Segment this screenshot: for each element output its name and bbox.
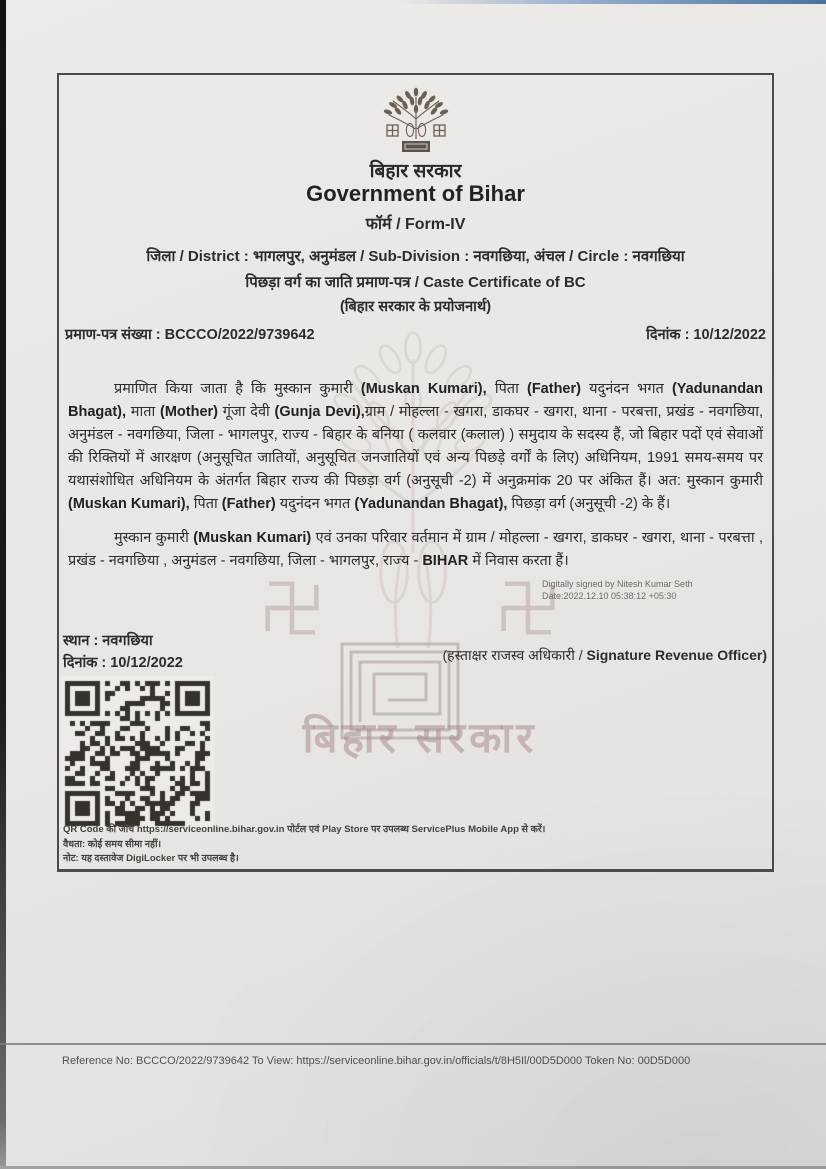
certificate-number: प्रमाण-पत्र संख्या : BCCCO/2022/9739642 (65, 324, 315, 344)
qr-code (60, 676, 215, 831)
qr-verification-notes: QR Code की जाँच https://serviceonline.bi… (63, 823, 545, 866)
place-line: स्थान : नवगछिया (63, 631, 183, 653)
footer-reference-line: Reference No: BCCCO/2022/9739642 To View… (62, 1055, 690, 1067)
signature-officer-caption: (हस्ताक्षर राजस्व अधिकारी / Signature Re… (443, 646, 768, 665)
qr-note-check: QR Code की जाँच https://serviceonline.bi… (63, 823, 545, 837)
qr-note-digilocker: नोट: यह दस्तावेज DigiLocker पर भी उपलब्ध… (63, 852, 545, 866)
certificate-body: प्रमाणित किया जाता है कि मुस्कान कुमारी … (68, 378, 763, 573)
place-date-block: स्थान : नवगछिया दिनांक : 10/12/2022 (63, 631, 183, 675)
bihar-emblem-icon (365, 83, 467, 157)
certificate-meta-row: प्रमाण-पत्र संख्या : BCCCO/2022/9739642 … (65, 324, 766, 344)
certificate-title-line: पिछड़ा वर्ग का जाति प्रमाण-पत्र / Caste … (59, 272, 772, 292)
digital-signature-date: Date:2022.12.10 05:38:12 +05:30 (542, 590, 760, 602)
digital-signature-signer: Digitally signed by Nitesh Kumar Seth (542, 578, 760, 590)
scanned-document-paper: बिहार सरकार (0, 0, 826, 1169)
scan-edge-top-blue (396, 0, 826, 4)
qr-note-validity: वैधता: कोई समय सीमा नहीं। (63, 838, 545, 852)
form-number-line: फॉर्म / Form-IV (59, 212, 772, 234)
purpose-line: (बिहार सरकार के प्रयोजनार्थ) (59, 296, 772, 316)
digital-signature-stamp: Digitally signed by Nitesh Kumar Seth Da… (542, 578, 760, 602)
footer-divider-line (0, 1043, 826, 1045)
certificate-frame: बिहार सरकार Government of Bihar फॉर्म / … (57, 73, 774, 872)
government-title-hindi: बिहार सरकार (59, 157, 772, 183)
certificate-paragraph-2: मुस्कान कुमारी (Muskan Kumari) एवं उनका … (68, 527, 763, 573)
scan-edge-left (0, 0, 6, 1169)
certificate-paragraph-1: प्रमाणित किया जाता है कि मुस्कान कुमारी … (68, 378, 763, 515)
date-line: दिनांक : 10/12/2022 (63, 653, 183, 675)
district-subdivision-circle-line: जिला / District : भागलपुर, अनुमंडल / Sub… (59, 246, 772, 266)
certificate-date: दिनांक : 10/12/2022 (646, 324, 766, 344)
government-title-english: Government of Bihar (59, 181, 772, 207)
